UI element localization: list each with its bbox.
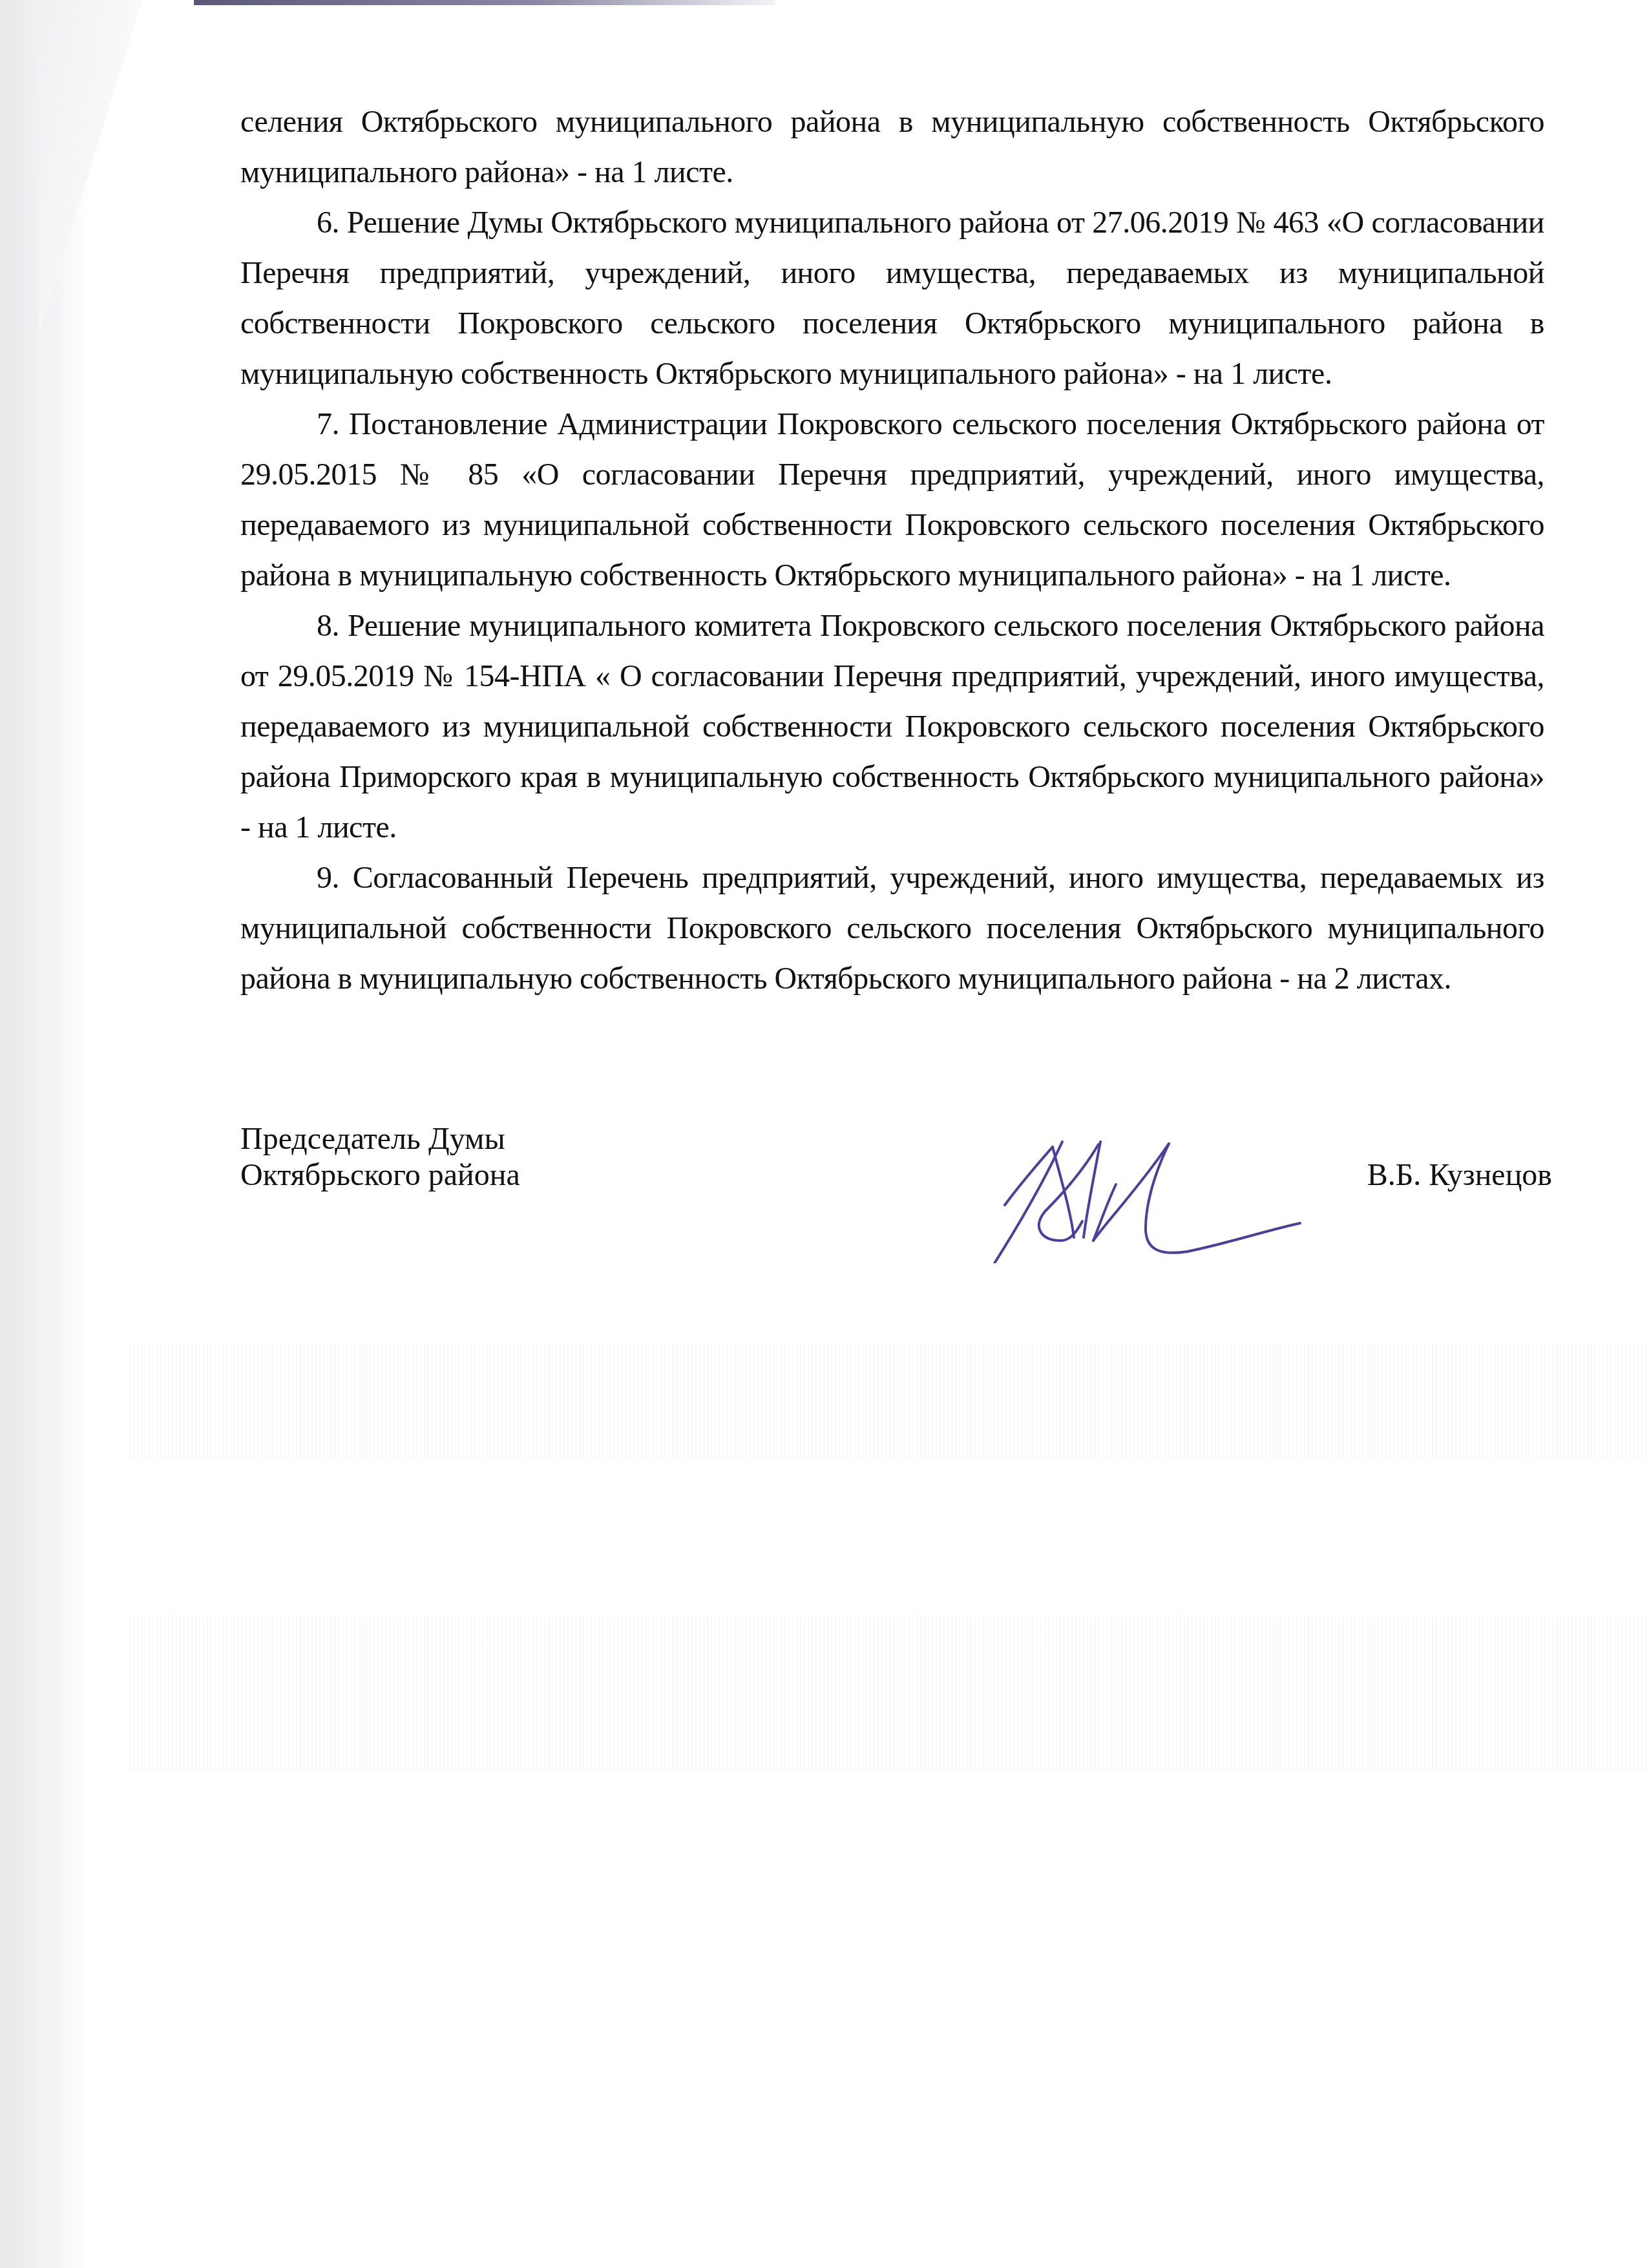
- scan-noise-band: [129, 1344, 1648, 1460]
- signatory-title-line-1: Председатель Думы: [240, 1121, 520, 1157]
- signature-block: Председатель Думы Октябрьского района В.…: [240, 1121, 1552, 1263]
- document-body: селения Октябрьского муниципального райо…: [240, 97, 1544, 1004]
- paragraph-item-6: 6. Решение Думы Октябрьского муниципальн…: [240, 198, 1544, 399]
- paragraph-item-8: 8. Решение муниципального комитета Покро…: [240, 601, 1544, 853]
- signatory-title-line-2: Октябрьского района: [240, 1157, 520, 1193]
- signatory-name: В.Б. Кузнецов: [1367, 1157, 1552, 1193]
- paragraph-item-9: 9. Согласованный Перечень предприятий, у…: [240, 853, 1544, 1004]
- scan-noise-band: [129, 1615, 1648, 1770]
- signatory-title: Председатель Думы Октябрьского района: [240, 1121, 520, 1193]
- scan-left-edge: [0, 0, 90, 2268]
- scan-folded-corner: [39, 0, 142, 336]
- handwritten-signature-icon: [980, 1108, 1303, 1263]
- paragraph-item-5-continued: селения Октябрьского муниципального райо…: [240, 97, 1544, 198]
- paragraph-item-7: 7. Постановление Администрации Покровско…: [240, 399, 1544, 601]
- scan-top-artifact: [194, 0, 775, 5]
